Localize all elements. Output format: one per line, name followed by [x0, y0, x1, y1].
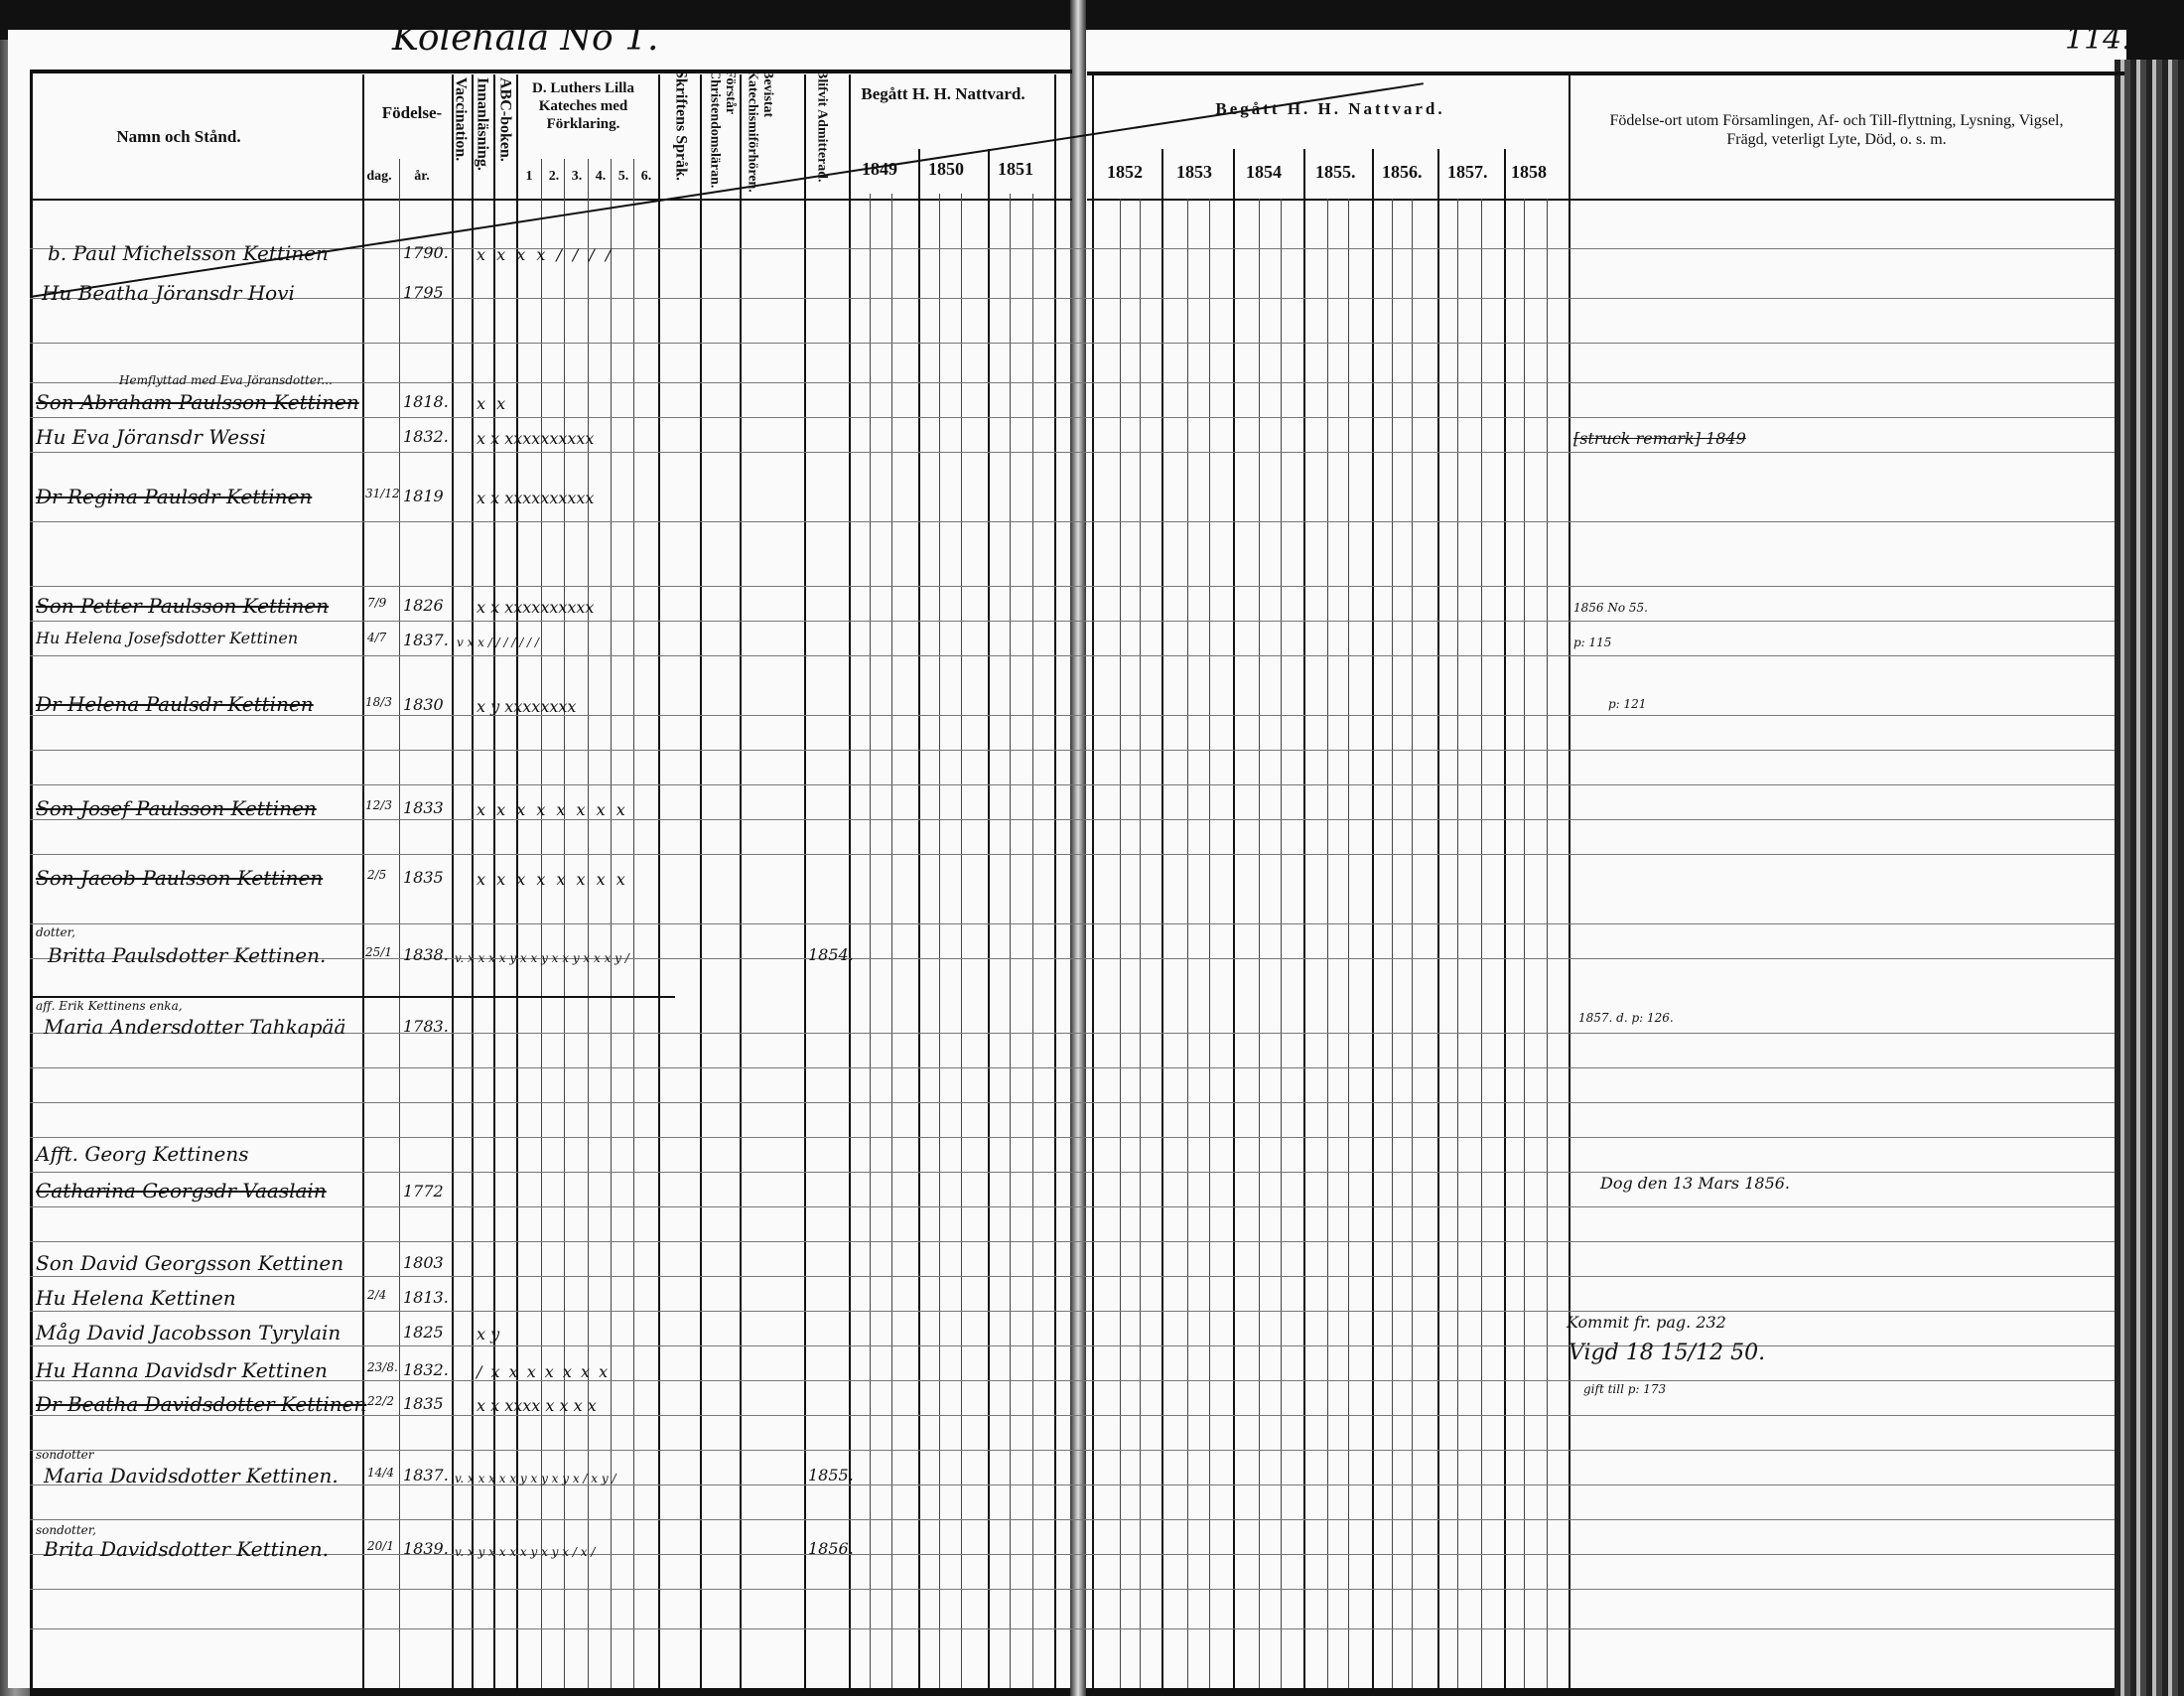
col-rule: [1348, 199, 1349, 1688]
col-rule: [1259, 199, 1260, 1688]
entry-marks: x y: [477, 1325, 499, 1343]
header-birth-year: år.: [402, 169, 442, 186]
col-rule: [1233, 149, 1235, 1688]
header-catechism-part-6: 6.: [635, 169, 657, 186]
col-rule: [1372, 149, 1374, 1688]
header-scripture: Skriftens Språk.: [672, 70, 690, 199]
header-birth: Födelse-: [367, 103, 457, 123]
header-catechism-part-3: 3.: [566, 169, 588, 186]
header-communion-right: Begått H. H. Nattvard.: [1112, 99, 1549, 119]
col-rule: [700, 74, 702, 1688]
row-rule: [30, 1554, 2115, 1555]
col-rule: [804, 74, 806, 1688]
entry-admitted: 1855.: [808, 1466, 854, 1484]
entry-day: 12/3: [365, 798, 392, 812]
header-year-1858: 1858: [1511, 162, 1547, 183]
entry-year: 1772: [403, 1182, 444, 1201]
entry-name: Catharina Georgsdr Vaaslain: [36, 1179, 327, 1202]
entry-day: 4/7: [367, 631, 386, 644]
entry-day: 20/1: [367, 1539, 394, 1553]
entry-remark: Kommit fr. pag. 232: [1567, 1313, 1726, 1332]
entry-remark: Dog den 13 Mars 1856.: [1600, 1174, 1790, 1193]
col-rule: [1303, 149, 1305, 1688]
entry-remark: gift till p: 173: [1583, 1382, 1666, 1396]
entry-marks: v. x x x x x y x y x y x / x y /: [455, 1472, 616, 1485]
entry-name: Hu Helena Josefsdotter Kettinen: [36, 629, 298, 647]
row-rule: [30, 1241, 2115, 1242]
entry-name: b. Paul Michelsson Kettinen: [48, 241, 329, 265]
col-rule: [849, 74, 851, 1688]
col-rule: [452, 74, 454, 1688]
section-rule: [30, 996, 675, 998]
entry-marks: x y xxxxxxxx: [477, 697, 576, 716]
entry-year: 1825: [403, 1323, 444, 1342]
row-rule: [30, 819, 2115, 820]
header-birth-day: dag.: [359, 169, 399, 186]
entry-year: 1832.: [403, 1360, 449, 1379]
col-rule: [740, 74, 742, 1688]
header-admitted: Blifvit Admitterad.: [814, 70, 829, 199]
page-number: 114.: [2065, 22, 2131, 57]
entry-year: 1813.: [403, 1288, 449, 1307]
entry-year: 1790.: [403, 243, 449, 262]
header-bottom-rule-right: [1087, 199, 2115, 201]
row-rule: [30, 1519, 2115, 1520]
entry-remark: [struck remark] 1849: [1573, 429, 1746, 448]
entry-admitted: 1854.: [808, 945, 854, 964]
margin-rule: [30, 70, 33, 1688]
row-rule: [30, 750, 2115, 751]
entry-day: 2/4: [367, 1288, 386, 1302]
entry-marks: v. x y x x x x y x y x / x /: [455, 1545, 595, 1559]
entry-year: 1819: [403, 487, 444, 505]
row-rule: [30, 382, 2115, 383]
entry-year: 1830: [403, 695, 444, 714]
book-spine: [1070, 0, 1086, 1696]
header-abc-book: ABC-boken.: [496, 77, 514, 197]
header-year-1857: 1857.: [1447, 162, 1488, 183]
header-reading: Innanläsning.: [474, 77, 491, 197]
row-rule: [30, 621, 2115, 622]
row-rule: [30, 655, 2115, 656]
entry-name: Son Josef Paulsson Kettinen: [36, 796, 317, 820]
entry-marks: x x xxxx x x x x: [477, 1396, 597, 1415]
row-rule: [30, 1137, 2115, 1138]
entry-year: 1803: [403, 1253, 444, 1272]
entry-name: Hu Eva Jöransdr Wessi: [36, 425, 266, 449]
entry-marks: x x x x x x x x: [477, 870, 628, 889]
entry-remark: Vigd 18 15/12 50.: [1569, 1341, 1765, 1365]
col-rule: [1412, 199, 1413, 1688]
col-rule: [1437, 149, 1439, 1688]
entry-year: 1818.: [403, 392, 449, 411]
register-title: Kolehala No 1.: [392, 18, 658, 59]
header-year-1855: 1855.: [1315, 162, 1356, 183]
col-rule: [1281, 199, 1282, 1688]
entry-remark: 1856 No 55.: [1573, 601, 1648, 615]
row-rule: [30, 1311, 2115, 1312]
row-rule: [30, 923, 2115, 924]
entry-year: 1837.: [403, 631, 449, 649]
col-rule: [1481, 199, 1482, 1688]
entry-year: 1833: [403, 798, 444, 817]
col-rule: [1392, 199, 1393, 1688]
row-rule: [30, 521, 2115, 522]
header-top-rule-left: [30, 70, 1072, 73]
entry-remark: p: 115: [1573, 636, 1611, 649]
header-attended-catechism: Bevistat Katechismiförhören.: [745, 70, 775, 199]
row-rule: [30, 417, 2115, 418]
header-luther-catechism: D. Luthers Lilla Kateches med Förklaring…: [516, 79, 650, 133]
entry-name: Hu Beatha Jöransdr Hovi: [42, 281, 295, 305]
col-rule: [1547, 199, 1548, 1688]
row-rule: [30, 1172, 2115, 1173]
col-rule: [1187, 199, 1188, 1688]
header-vaccination: Vaccination.: [452, 77, 470, 197]
entry-name: Måg David Jacobsson Tyrylain: [36, 1321, 341, 1344]
col-rule: [918, 149, 920, 1688]
entry-marks: x x xxxxxxxxxx: [477, 429, 594, 448]
header-year-1850: 1850: [928, 159, 964, 180]
header-understands-doctrine: Förstår Christendomsläran.: [707, 70, 738, 199]
entry-prefix: sondotter,: [36, 1523, 96, 1537]
entry-name: Britta Paulsdotter Kettinen.: [48, 943, 326, 967]
entry-name: Maria Andersdotter Tahkapää: [44, 1015, 345, 1039]
entry-marks: x x x x / / / /: [477, 245, 614, 264]
entry-day: 22/2: [367, 1394, 394, 1408]
row-rule: [30, 1345, 2115, 1346]
entry-name: Son Petter Paulsson Kettinen: [36, 594, 329, 618]
header-year-1856: 1856.: [1382, 162, 1423, 183]
row-rule: [30, 1589, 2115, 1590]
row-rule: [30, 715, 2115, 716]
col-rule: [658, 74, 660, 1688]
entry-name: Son Jacob Paulsson Kettinen: [36, 866, 323, 890]
row-rule: [30, 1380, 2115, 1381]
col-rule: [1569, 74, 1570, 1688]
entry-year: 1835: [403, 868, 444, 887]
header-top-rule-right: [1087, 71, 2124, 75]
header-name: Namn och Stånd.: [69, 127, 288, 147]
entry-year: 1826: [403, 596, 444, 615]
header-year-1853: 1853: [1176, 162, 1212, 183]
entry-year: 1838.: [403, 945, 449, 964]
col-rule: [1054, 74, 1056, 1688]
row-rule: [30, 1206, 2115, 1207]
row-rule: [30, 958, 2115, 959]
row-rule: [30, 452, 2115, 453]
entry-name: Son David Georgsson Kettinen: [36, 1251, 343, 1275]
entry-year: 1783.: [403, 1017, 449, 1036]
entry-prefix: sondotter: [36, 1448, 94, 1462]
header-catechism-part-2: 2.: [543, 169, 565, 186]
entry-name: Hu Helena Kettinen: [36, 1286, 236, 1310]
header-communion-left: Begått H. H. Nattvard.: [854, 84, 1032, 104]
entry-day: 7/9: [367, 596, 386, 610]
row-rule: [30, 586, 2115, 587]
header-year-1854: 1854: [1246, 162, 1282, 183]
header-remarks: Födelse-ort utom Församlingen, Af- och T…: [1598, 111, 2075, 149]
entry-day: 31/12: [365, 487, 400, 500]
entry-year: 1837.: [403, 1466, 449, 1484]
entry-day: 25/1: [365, 945, 392, 959]
row-rule: [30, 1450, 2115, 1451]
entry-remark: p: 121: [1608, 697, 1646, 711]
entry-name: Dr Regina Paulsdr Kettinen: [36, 485, 312, 508]
entry-name: Dr Beatha Davidsdotter Kettinen: [36, 1392, 366, 1416]
row-rule: [30, 1484, 2115, 1485]
entry-name: Dr Helena Paulsdr Kettinen: [36, 692, 314, 716]
col-rule: [1140, 199, 1141, 1688]
entry-remark: 1857. d. p: 126.: [1578, 1011, 1674, 1025]
col-rule: [1327, 199, 1328, 1688]
col-rule: [988, 149, 990, 1688]
entry-year: 1839.: [403, 1539, 449, 1558]
col-rule: [472, 74, 474, 1688]
header-catechism-part-1: 1: [518, 169, 540, 186]
row-rule: [30, 1276, 2115, 1277]
entry-admitted: 1856.: [808, 1539, 854, 1558]
entry-prefix: aff. Erik Kettinens enka,: [36, 999, 183, 1013]
header-year-1852: 1852: [1107, 162, 1143, 183]
col-rule: [1209, 199, 1210, 1688]
row-rule: [30, 784, 2115, 785]
entry-name: Son Abraham Paulsson Kettinen: [36, 390, 359, 414]
entry-marks: x x xxxxxxxxxx: [477, 598, 594, 617]
entry-marks: / x x x x x x x: [477, 1362, 610, 1381]
header-catechism-part-4: 4.: [590, 169, 612, 186]
col-rule: [1161, 149, 1163, 1688]
book-edge-right: [2115, 60, 2184, 1696]
entry-marks: x x: [477, 394, 508, 413]
right-page: [1082, 30, 2126, 1688]
row-rule: [30, 343, 2115, 344]
header-catechism-part-5: 5.: [613, 169, 634, 186]
col-rule: [1120, 199, 1121, 1688]
entry-name: Afft. Georg Kettinens: [36, 1142, 249, 1166]
row-rule: [30, 1067, 2115, 1068]
entry-year: 1835: [403, 1394, 444, 1413]
row-rule: [30, 1102, 2115, 1103]
header-bottom-rule-left: [30, 199, 1072, 201]
col-rule: [1504, 149, 1506, 1688]
col-rule: [1457, 199, 1458, 1688]
col-rule: [362, 74, 364, 1688]
row-rule: [30, 298, 2115, 299]
entry-note: Hemflyttad med Eva Jöransdotter...: [119, 373, 333, 387]
entry-name: Brita Davidsdotter Kettinen.: [44, 1537, 329, 1561]
row-rule: [30, 1628, 2115, 1629]
entry-name: Maria Davidsdotter Kettinen.: [44, 1464, 339, 1487]
entry-marks: x x x x x x x x: [477, 800, 628, 819]
entry-marks: v x x / / / / / / /: [457, 636, 539, 649]
entry-day: 23/8.: [367, 1360, 398, 1374]
entry-marks: v. x x x x y x x y x x y x x x y /: [455, 951, 629, 965]
entry-year: 1795: [403, 283, 444, 302]
entry-marks: x x xxxxxxxxxx: [477, 489, 594, 507]
entry-prefix: dotter,: [36, 925, 75, 939]
entry-name: Hu Hanna Davidsdr Kettinen: [36, 1358, 328, 1382]
entry-year: 1832.: [403, 427, 449, 446]
row-rule: [30, 854, 2115, 855]
entry-day: 18/3: [365, 695, 392, 709]
entry-day: 14/4: [367, 1466, 394, 1480]
entry-day: 2/5: [367, 868, 386, 882]
header-year-1851: 1851: [998, 159, 1033, 180]
col-rule: [1092, 74, 1094, 1688]
col-rule: [1524, 199, 1525, 1688]
